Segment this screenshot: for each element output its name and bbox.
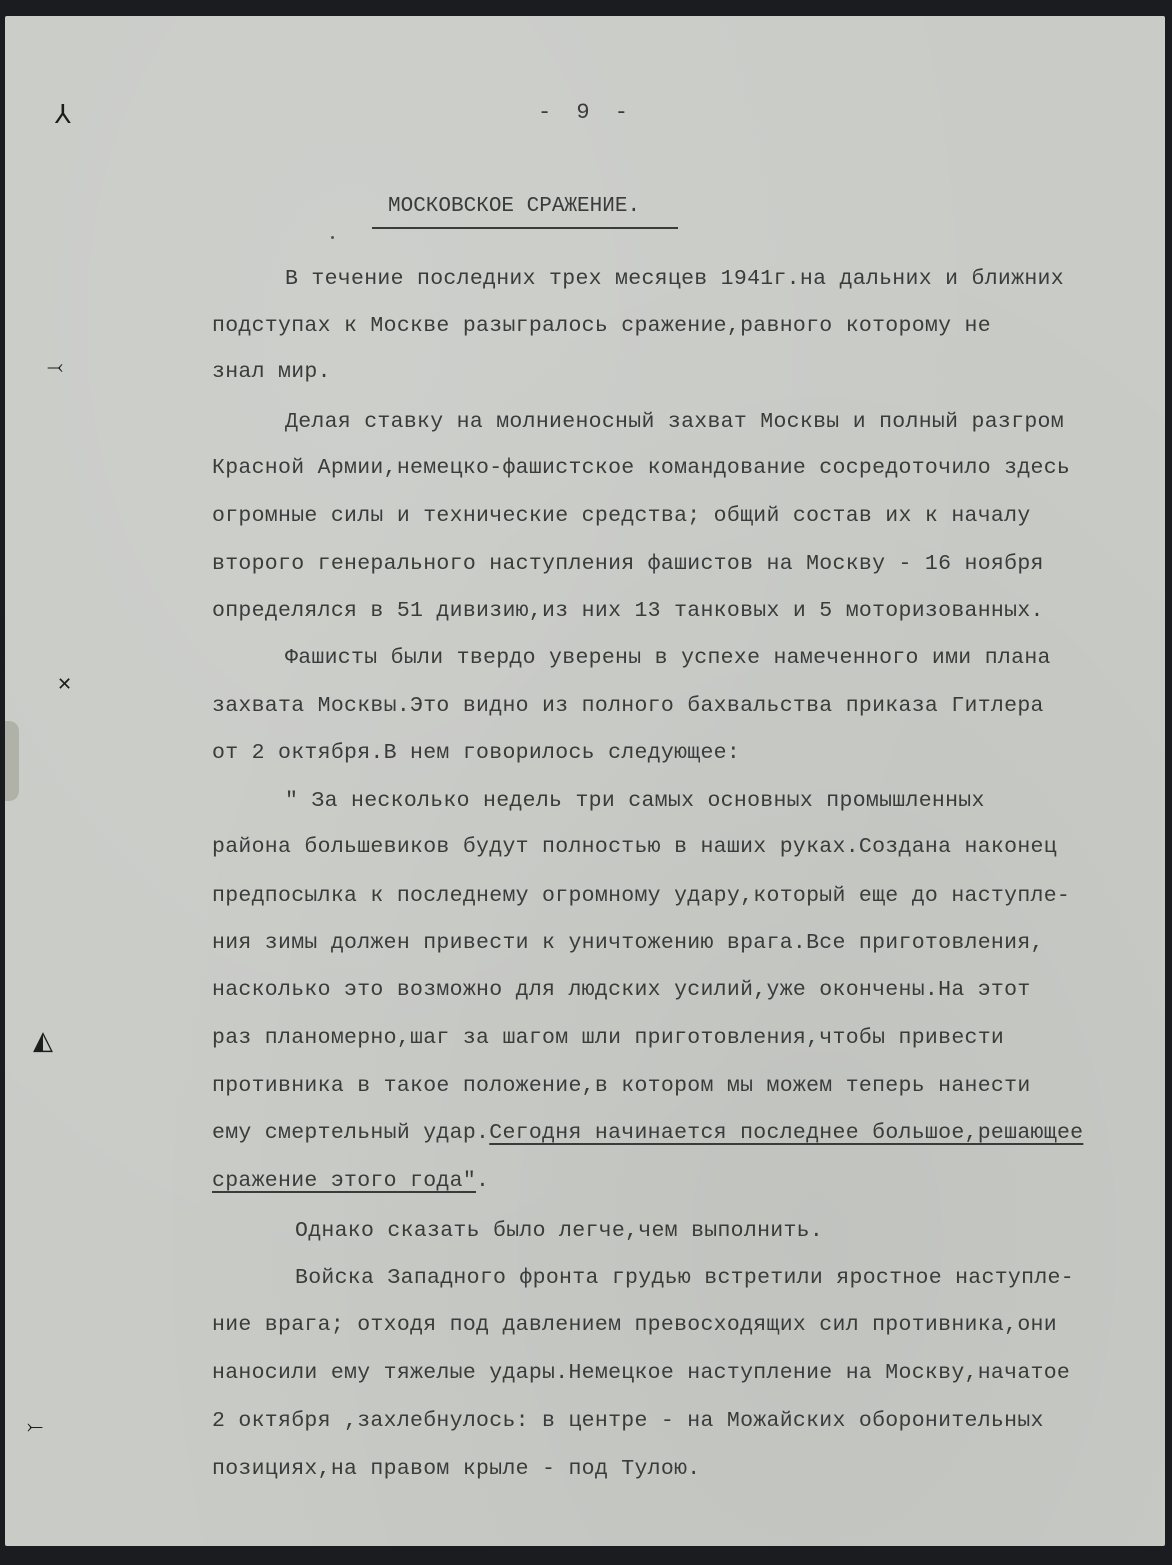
quote-line: насколько это возможно для людских усили… — [212, 980, 1031, 1002]
quote-line: раз планомерно,шаг за шагом шли приготов… — [212, 1028, 1004, 1050]
underlined-quote: сражение этого года" — [212, 1169, 476, 1193]
text-line: ние врага; отходя под давлением превосхо… — [212, 1315, 1057, 1337]
paper-stain — [5, 721, 19, 801]
punch-hole-icon: ⤚ — [27, 1416, 43, 1436]
quote-line: предпосылка к последнему огромному удару… — [212, 886, 1070, 908]
punch-hole-icon: ✕ — [57, 676, 72, 694]
quote-line: противника в такое положение,в котором м… — [212, 1076, 1031, 1098]
quote-text: ему смертельный удар. — [212, 1121, 489, 1145]
text-line: В течение последних трех месяцев 1941г.н… — [285, 269, 1064, 291]
text-line: 2 октября ,захлебнулось: в центре - на М… — [212, 1411, 1044, 1433]
text-line: огромные силы и технические средства; об… — [212, 506, 1031, 528]
punch-hole-icon: ⤙ — [47, 356, 63, 376]
underlined-quote: Сегодня начинается последнее большое,реш… — [489, 1121, 1083, 1145]
text-line: Однако сказать было легче,чем выполнить. — [295, 1221, 823, 1243]
text-line: позициях,на правом крыле - под Тулою. — [212, 1459, 700, 1481]
quote-line: сражение этого года". — [212, 1171, 489, 1193]
text-line: Красной Армии,немецко-фашистское командо… — [212, 458, 1070, 480]
text-line: Делая ставку на молниеносный захват Моск… — [285, 412, 1064, 434]
text-line: Войска Западного фронта грудью встретили… — [295, 1268, 1074, 1290]
text-line: определялся в 51 дивизию,из них 13 танко… — [212, 601, 1044, 623]
page-number: - 9 - — [538, 102, 634, 124]
quote-line: " За несколько недель три самых основных… — [285, 791, 985, 813]
quote-line: ему смертельный удар.Сегодня начинается … — [212, 1123, 1083, 1145]
quote-line: района большевиков будут полностью в наш… — [212, 837, 1057, 859]
ink-dot — [331, 236, 334, 239]
text-line: наносили ему тяжелые удары.Немецкое наст… — [212, 1363, 1070, 1385]
text-line: второго генерального наступления фашисто… — [212, 554, 1044, 576]
title-underline — [372, 227, 678, 229]
text-line: от 2 октября.В нем говорилось следующее: — [212, 743, 740, 765]
punch-hole-icon: ◭ — [33, 1028, 53, 1054]
text-line: знал мир. — [212, 362, 331, 384]
quote-end: . — [476, 1169, 489, 1193]
punch-hole-icon: ⅄ — [55, 102, 71, 128]
document-page: ⅄ ⤙ ✕ ◭ ⤚ - 9 - МОСКОВСКОЕ СРАЖЕНИЕ. В т… — [5, 16, 1165, 1546]
text-line: подступах к Москве разыгралось сражение,… — [212, 316, 991, 338]
text-line: захвата Москвы.Это видно из полного бахв… — [212, 696, 1044, 718]
quote-line: ния зимы должен привести к уничтожению в… — [212, 933, 1044, 955]
text-line: Фашисты были твердо уверены в успехе нам… — [285, 648, 1051, 670]
page-title: МОСКОВСКОЕ СРАЖЕНИЕ. — [388, 196, 640, 217]
